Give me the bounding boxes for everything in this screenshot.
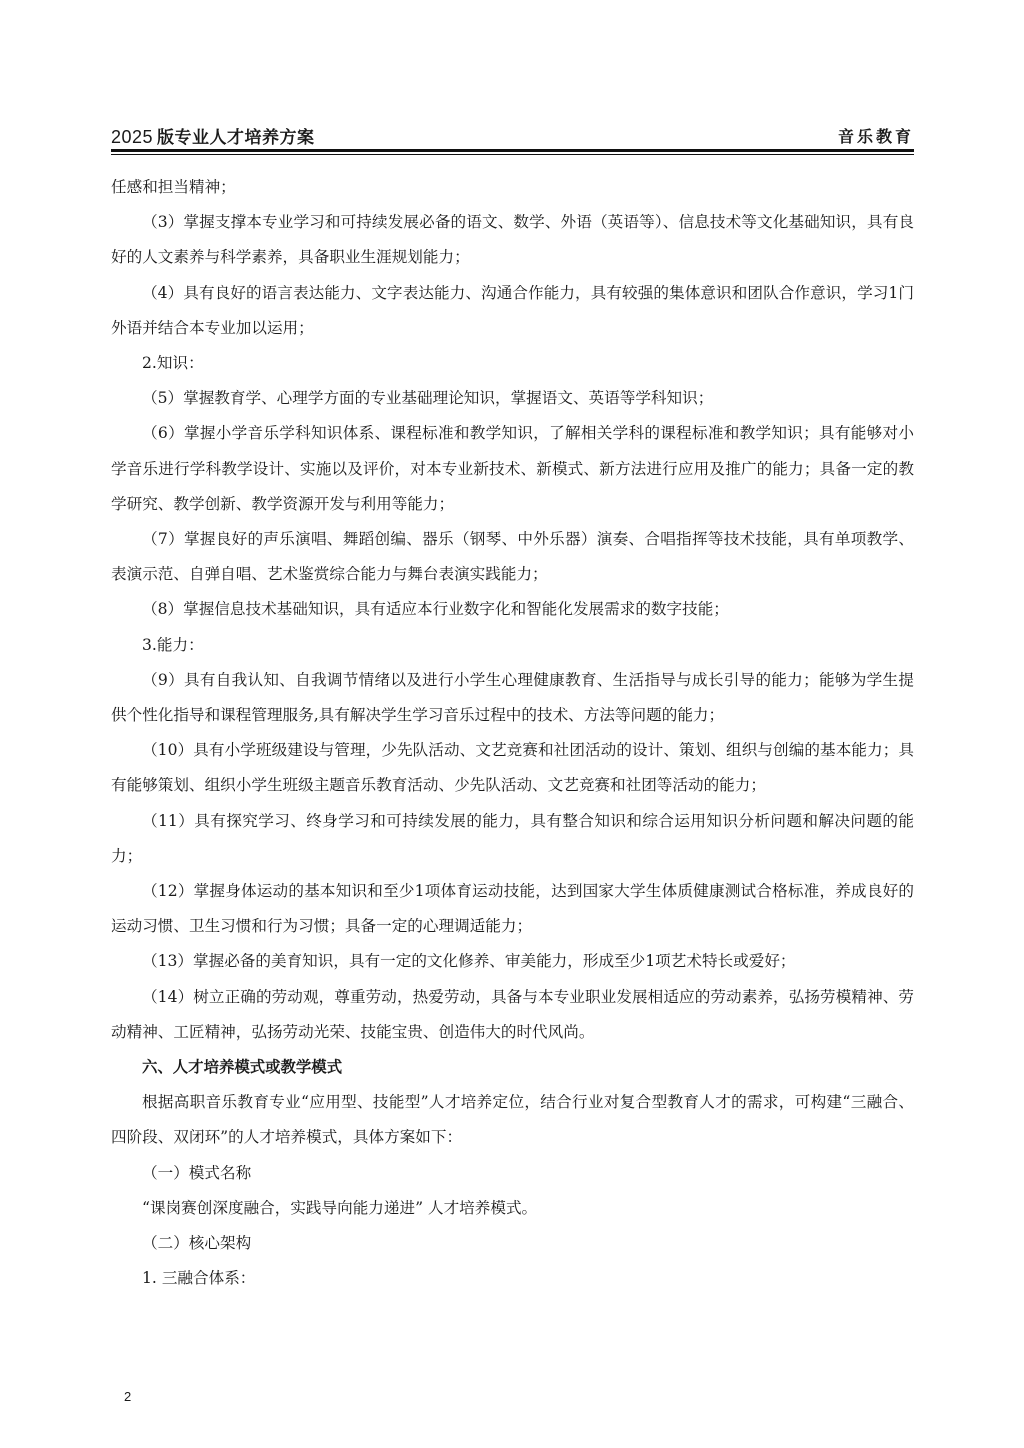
header-section-name: 音乐教育 bbox=[838, 126, 914, 148]
subsection-knowledge: 2.知识： bbox=[111, 346, 914, 381]
requirement-item-10: （10）具有小学班级建设与管理，少先队活动、文艺竞赛和社团活动的设计、策划、组织… bbox=[111, 733, 914, 803]
requirement-item-11: （11）具有探究学习、终身学习和可持续发展的能力，具有整合知识和综合运用知识分析… bbox=[111, 804, 914, 874]
section-6-intro: 根据高职音乐教育专业“应用型、技能型”人才培养定位，结合行业对复合型教育人才的需… bbox=[111, 1085, 914, 1155]
requirement-item-5: （5）掌握教育学、心理学方面的专业基础理论知识，掌握语文、英语等学科知识； bbox=[111, 381, 914, 416]
requirement-item-7: （7）掌握良好的声乐演唱、舞蹈创编、器乐（钢琴、中外乐器）演奏、合唱指挥等技术技… bbox=[111, 522, 914, 592]
page-number: 2 bbox=[124, 1389, 131, 1404]
header-title: 版专业人才培养方案 bbox=[157, 128, 315, 148]
requirement-item-9: （9）具有自我认知、自我调节情绪以及进行小学生心理健康教育、生活指导与成长引导的… bbox=[111, 663, 914, 733]
document-page: 2025版专业人才培养方案 音乐教育 任感和担当精神； （3）掌握支撑本专业学习… bbox=[0, 0, 1024, 1448]
header-document-title: 2025版专业人才培养方案 bbox=[111, 126, 315, 149]
requirement-item-12: （12）掌握身体运动的基本知识和至少1项体育运动技能，达到国家大学生体质健康测试… bbox=[111, 874, 914, 944]
header-rule-thick bbox=[111, 149, 914, 152]
requirement-item-4: （4）具有良好的语言表达能力、文字表达能力、沟通合作能力，具有较强的集体意识和团… bbox=[111, 276, 914, 346]
requirement-item-13: （13）掌握必备的美育知识，具有一定的文化修养、审美能力，形成至少1项艺术特长或… bbox=[111, 944, 914, 979]
subheading-mode-name: （一）模式名称 bbox=[111, 1156, 914, 1191]
paragraph-continuation: 任感和担当精神； bbox=[111, 170, 914, 205]
header-year: 2025 bbox=[111, 127, 153, 147]
requirement-item-6: （6）掌握小学音乐学科知识体系、课程标准和教学知识，了解相关学科的课程标准和教学… bbox=[111, 416, 914, 522]
header-rule-thin bbox=[111, 154, 914, 155]
mode-name-text: “课岗赛创深度融合，实践导向能力递进” 人才培养模式。 bbox=[111, 1191, 914, 1226]
requirement-item-8: （8）掌握信息技术基础知识，具有适应本行业数字化和智能化发展需求的数字技能； bbox=[111, 592, 914, 627]
subsection-ability: 3.能力： bbox=[111, 628, 914, 663]
section-heading-6: 六、人才培养模式或教学模式 bbox=[111, 1050, 914, 1085]
running-header: 2025版专业人才培养方案 音乐教育 bbox=[111, 126, 914, 148]
document-body: 任感和担当精神； （3）掌握支撑本专业学习和可持续发展必备的语文、数学、外语（英… bbox=[111, 170, 914, 1297]
requirement-item-14: （14）树立正确的劳动观，尊重劳动，热爱劳动，具备与本专业职业发展相适应的劳动素… bbox=[111, 980, 914, 1050]
subheading-core-architecture: （二）核心架构 bbox=[111, 1226, 914, 1261]
requirement-item-3: （3）掌握支撑本专业学习和可持续发展必备的语文、数学、外语（英语等）、信息技术等… bbox=[111, 205, 914, 275]
core-architecture-item-1: 1. 三融合体系： bbox=[111, 1261, 914, 1296]
